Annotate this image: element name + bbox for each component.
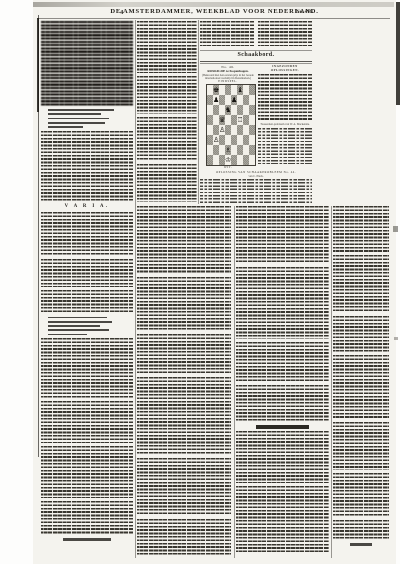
text-block bbox=[236, 342, 329, 382]
article-heading-stripe bbox=[256, 425, 310, 429]
verse-block bbox=[41, 317, 133, 336]
signature-line bbox=[350, 543, 372, 546]
text-block bbox=[333, 473, 389, 517]
text-block bbox=[137, 334, 231, 374]
text-block bbox=[333, 520, 389, 540]
newspaper-scan: 4 DE AMSTERDAMMER, WEEKBLAD VOOR NEDERLA… bbox=[0, 0, 400, 564]
column-rule-3 bbox=[331, 206, 332, 558]
chess-board: ♚♝♟♟♞♛♖♙♙♗♔ bbox=[206, 84, 256, 166]
column-2-bottom bbox=[137, 206, 231, 555]
text-block bbox=[41, 131, 133, 201]
notation-block bbox=[200, 179, 312, 203]
chess-problem-column: No. 46. ROSKILDE te Kopenhagen. (Bekroon… bbox=[200, 65, 256, 84]
chess-piece-f5: ♖ bbox=[237, 115, 243, 125]
column-b-top bbox=[137, 21, 197, 202]
text-block bbox=[41, 212, 133, 256]
chess-section-title: Schaakbord. bbox=[200, 52, 312, 58]
text-block bbox=[258, 21, 312, 46]
varia-heading: V A R I A. bbox=[41, 204, 133, 209]
masthead-rule bbox=[37, 18, 390, 19]
text-block bbox=[200, 21, 254, 46]
column-rule-1 bbox=[135, 20, 136, 558]
board-square bbox=[249, 155, 255, 165]
board-square bbox=[249, 135, 255, 145]
board-square bbox=[249, 145, 255, 155]
text-block bbox=[41, 338, 133, 398]
text-block bbox=[41, 401, 133, 443]
signature-line bbox=[63, 538, 111, 541]
chess-piece-d2: ♗ bbox=[225, 145, 231, 155]
twomover-note: Tweezetten-probleem van W. A. Mackenzie. bbox=[258, 123, 312, 126]
text-block bbox=[137, 377, 231, 455]
text-block bbox=[333, 422, 389, 470]
scan-artifact-right bbox=[396, 2, 400, 105]
text-block bbox=[137, 76, 197, 114]
chess-piece-b7: ♟ bbox=[213, 95, 219, 105]
chess-piece-c4: ♙ bbox=[219, 125, 225, 135]
text-block bbox=[137, 519, 231, 555]
chess-rule-top bbox=[200, 50, 312, 51]
scan-artifact-top bbox=[33, 2, 394, 7]
text-block bbox=[236, 267, 329, 339]
board-square bbox=[249, 85, 255, 95]
text-block bbox=[137, 458, 231, 516]
board-square bbox=[249, 95, 255, 105]
column-rule-2 bbox=[234, 206, 235, 558]
chess-piece-b3: ♙ bbox=[213, 135, 219, 145]
text-block bbox=[333, 355, 389, 419]
text-block bbox=[236, 486, 329, 552]
page-fold-line-dark bbox=[37, 18, 39, 112]
text-block bbox=[137, 164, 197, 202]
chess-piece-e7: ♟ bbox=[231, 95, 237, 105]
column-1-bottom: V A R I A. bbox=[41, 204, 133, 541]
text-block bbox=[236, 385, 329, 421]
chess-solutions-column: INGEZONDEN OPLOSSINGEN. Tweezetten-probl… bbox=[258, 65, 312, 164]
chess-rule-double-1 bbox=[200, 61, 312, 62]
chess-piece-c5: ♛ bbox=[219, 115, 225, 125]
chess-piece-d1: ♔ bbox=[225, 155, 231, 165]
board-square bbox=[249, 115, 255, 125]
text-block bbox=[236, 431, 329, 483]
column-3-bottom bbox=[236, 206, 329, 552]
chess-solution-footer: OPLOSSING VAN SCHAAKPROBLEEM No. 44. van… bbox=[200, 171, 312, 203]
text-block bbox=[137, 277, 231, 331]
text-block bbox=[333, 255, 389, 313]
chess-piece-f8: ♝ bbox=[237, 85, 243, 95]
notation-block bbox=[258, 128, 312, 164]
pre-chess-right bbox=[258, 21, 312, 46]
column-rule-chess bbox=[198, 20, 199, 204]
text-block bbox=[258, 74, 312, 120]
solution-author: van C. Plack. bbox=[200, 175, 312, 178]
text-block bbox=[41, 21, 133, 106]
chess-piece-b8: ♚ bbox=[213, 85, 219, 95]
chess-piece-d6: ♞ bbox=[225, 105, 231, 115]
text-block bbox=[41, 259, 133, 287]
column-4-bottom bbox=[333, 206, 389, 546]
text-block bbox=[333, 206, 389, 252]
pre-chess-left bbox=[200, 21, 254, 46]
scan-speck bbox=[393, 226, 398, 232]
text-block bbox=[137, 21, 197, 73]
text-block bbox=[41, 290, 133, 314]
solutions-received-heading: INGEZONDEN OPLOSSINGEN. bbox=[258, 65, 312, 72]
text-block bbox=[236, 206, 329, 264]
text-block bbox=[41, 446, 133, 498]
masthead-title: DE AMSTERDAMMER, WEEKBLAD VOOR NEDERLAND… bbox=[33, 8, 396, 15]
scan-speck bbox=[394, 337, 398, 340]
text-block bbox=[41, 501, 133, 535]
verse-block bbox=[41, 109, 133, 128]
text-block bbox=[333, 316, 389, 352]
text-block bbox=[137, 117, 197, 161]
text-block bbox=[137, 206, 231, 274]
board-square bbox=[249, 105, 255, 115]
board-square bbox=[249, 125, 255, 135]
issue-number: No. 416. bbox=[296, 10, 313, 15]
column-a-top bbox=[41, 21, 133, 201]
